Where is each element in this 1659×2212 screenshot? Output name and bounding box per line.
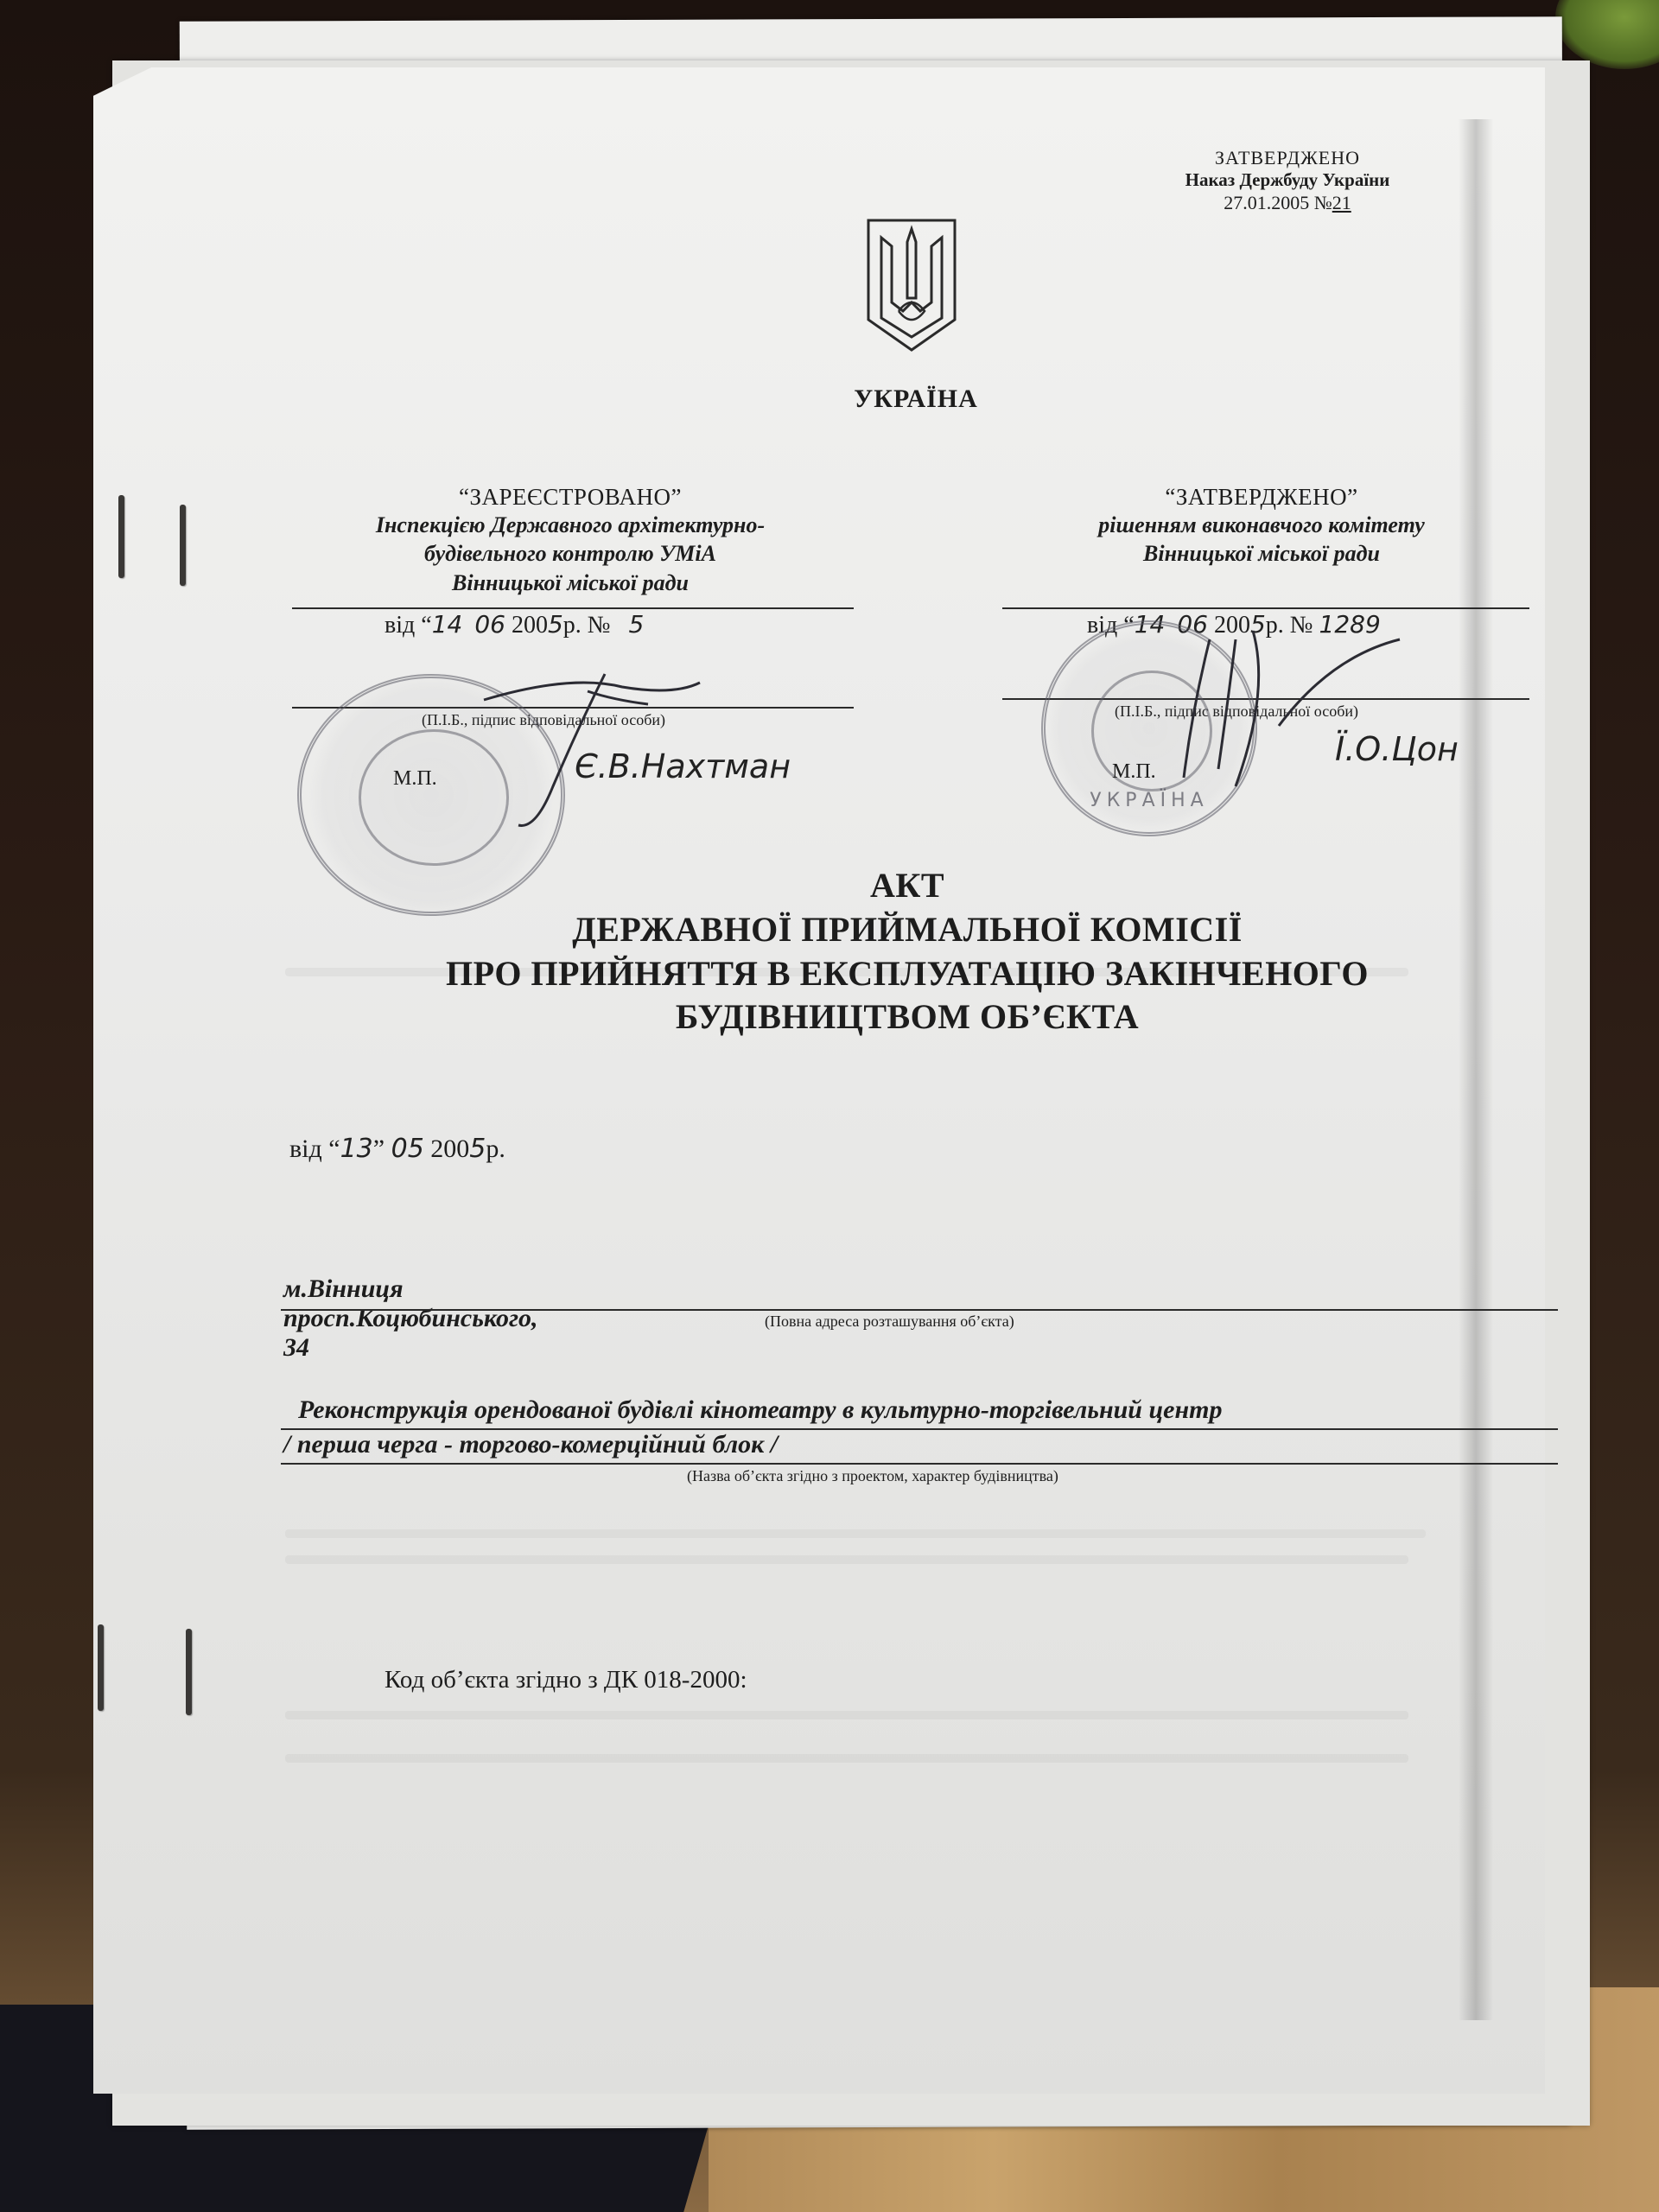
- signatory-name: Ї.О.Цон: [1335, 730, 1459, 768]
- address-value: м.Вінниця просп.Коцюбинського, 34: [283, 1274, 538, 1363]
- seal-placeholder: М.П.: [1112, 760, 1156, 784]
- object-name-line-2: / перша черга - торгово-комерційний блок…: [283, 1430, 778, 1459]
- background-plant: [1555, 0, 1659, 69]
- object-name-line-1: Реконструкція орендованої будівлі кіноте…: [298, 1395, 1222, 1425]
- divider-line: [292, 607, 854, 609]
- object-name-caption: (Назва об’єкта згідно з проектом, характ…: [687, 1467, 1058, 1485]
- form-approval-note: ЗАТВЕРДЖЕНО Наказ Держбуду України 27.01…: [1071, 147, 1503, 214]
- registration-date: від “14 06 2005р. № 5: [385, 610, 644, 639]
- address-caption: (Повна адреса розташування об’єкта): [765, 1313, 1014, 1331]
- signatory-name: Є.В.Нахтман: [575, 747, 791, 785]
- approved-block: “ЗАТВЕРДЖЕНО” рішенням виконавчого коміт…: [1002, 484, 1521, 569]
- registered-block: “ЗАРЕЄСТРОВАНО” Інспекцією Державного ар…: [294, 484, 847, 597]
- registration-number: 5: [629, 610, 645, 639]
- act-date: від “13” 05 2005р.: [289, 1134, 505, 1164]
- document-page: [93, 67, 1545, 2094]
- staple-icon: [98, 1624, 104, 1711]
- object-name-underline: [281, 1463, 1558, 1465]
- staple-icon: [186, 1629, 192, 1715]
- document-title: АКТ ДЕРЖАВНОЇ ПРИЙМАЛЬНОЇ КОМІСІЇ ПРО ПР…: [259, 864, 1555, 1039]
- object-code-label: Код об’єкта згідно з ДК 018-2000:: [385, 1666, 747, 1694]
- country-heading: УКРАЇНА: [752, 385, 1080, 414]
- staple-icon: [180, 505, 186, 586]
- staple-icon: [118, 495, 124, 578]
- address-underline: [281, 1309, 1558, 1311]
- trident-coat-of-arms-icon: [864, 216, 959, 354]
- seal-placeholder: М.П.: [393, 767, 437, 791]
